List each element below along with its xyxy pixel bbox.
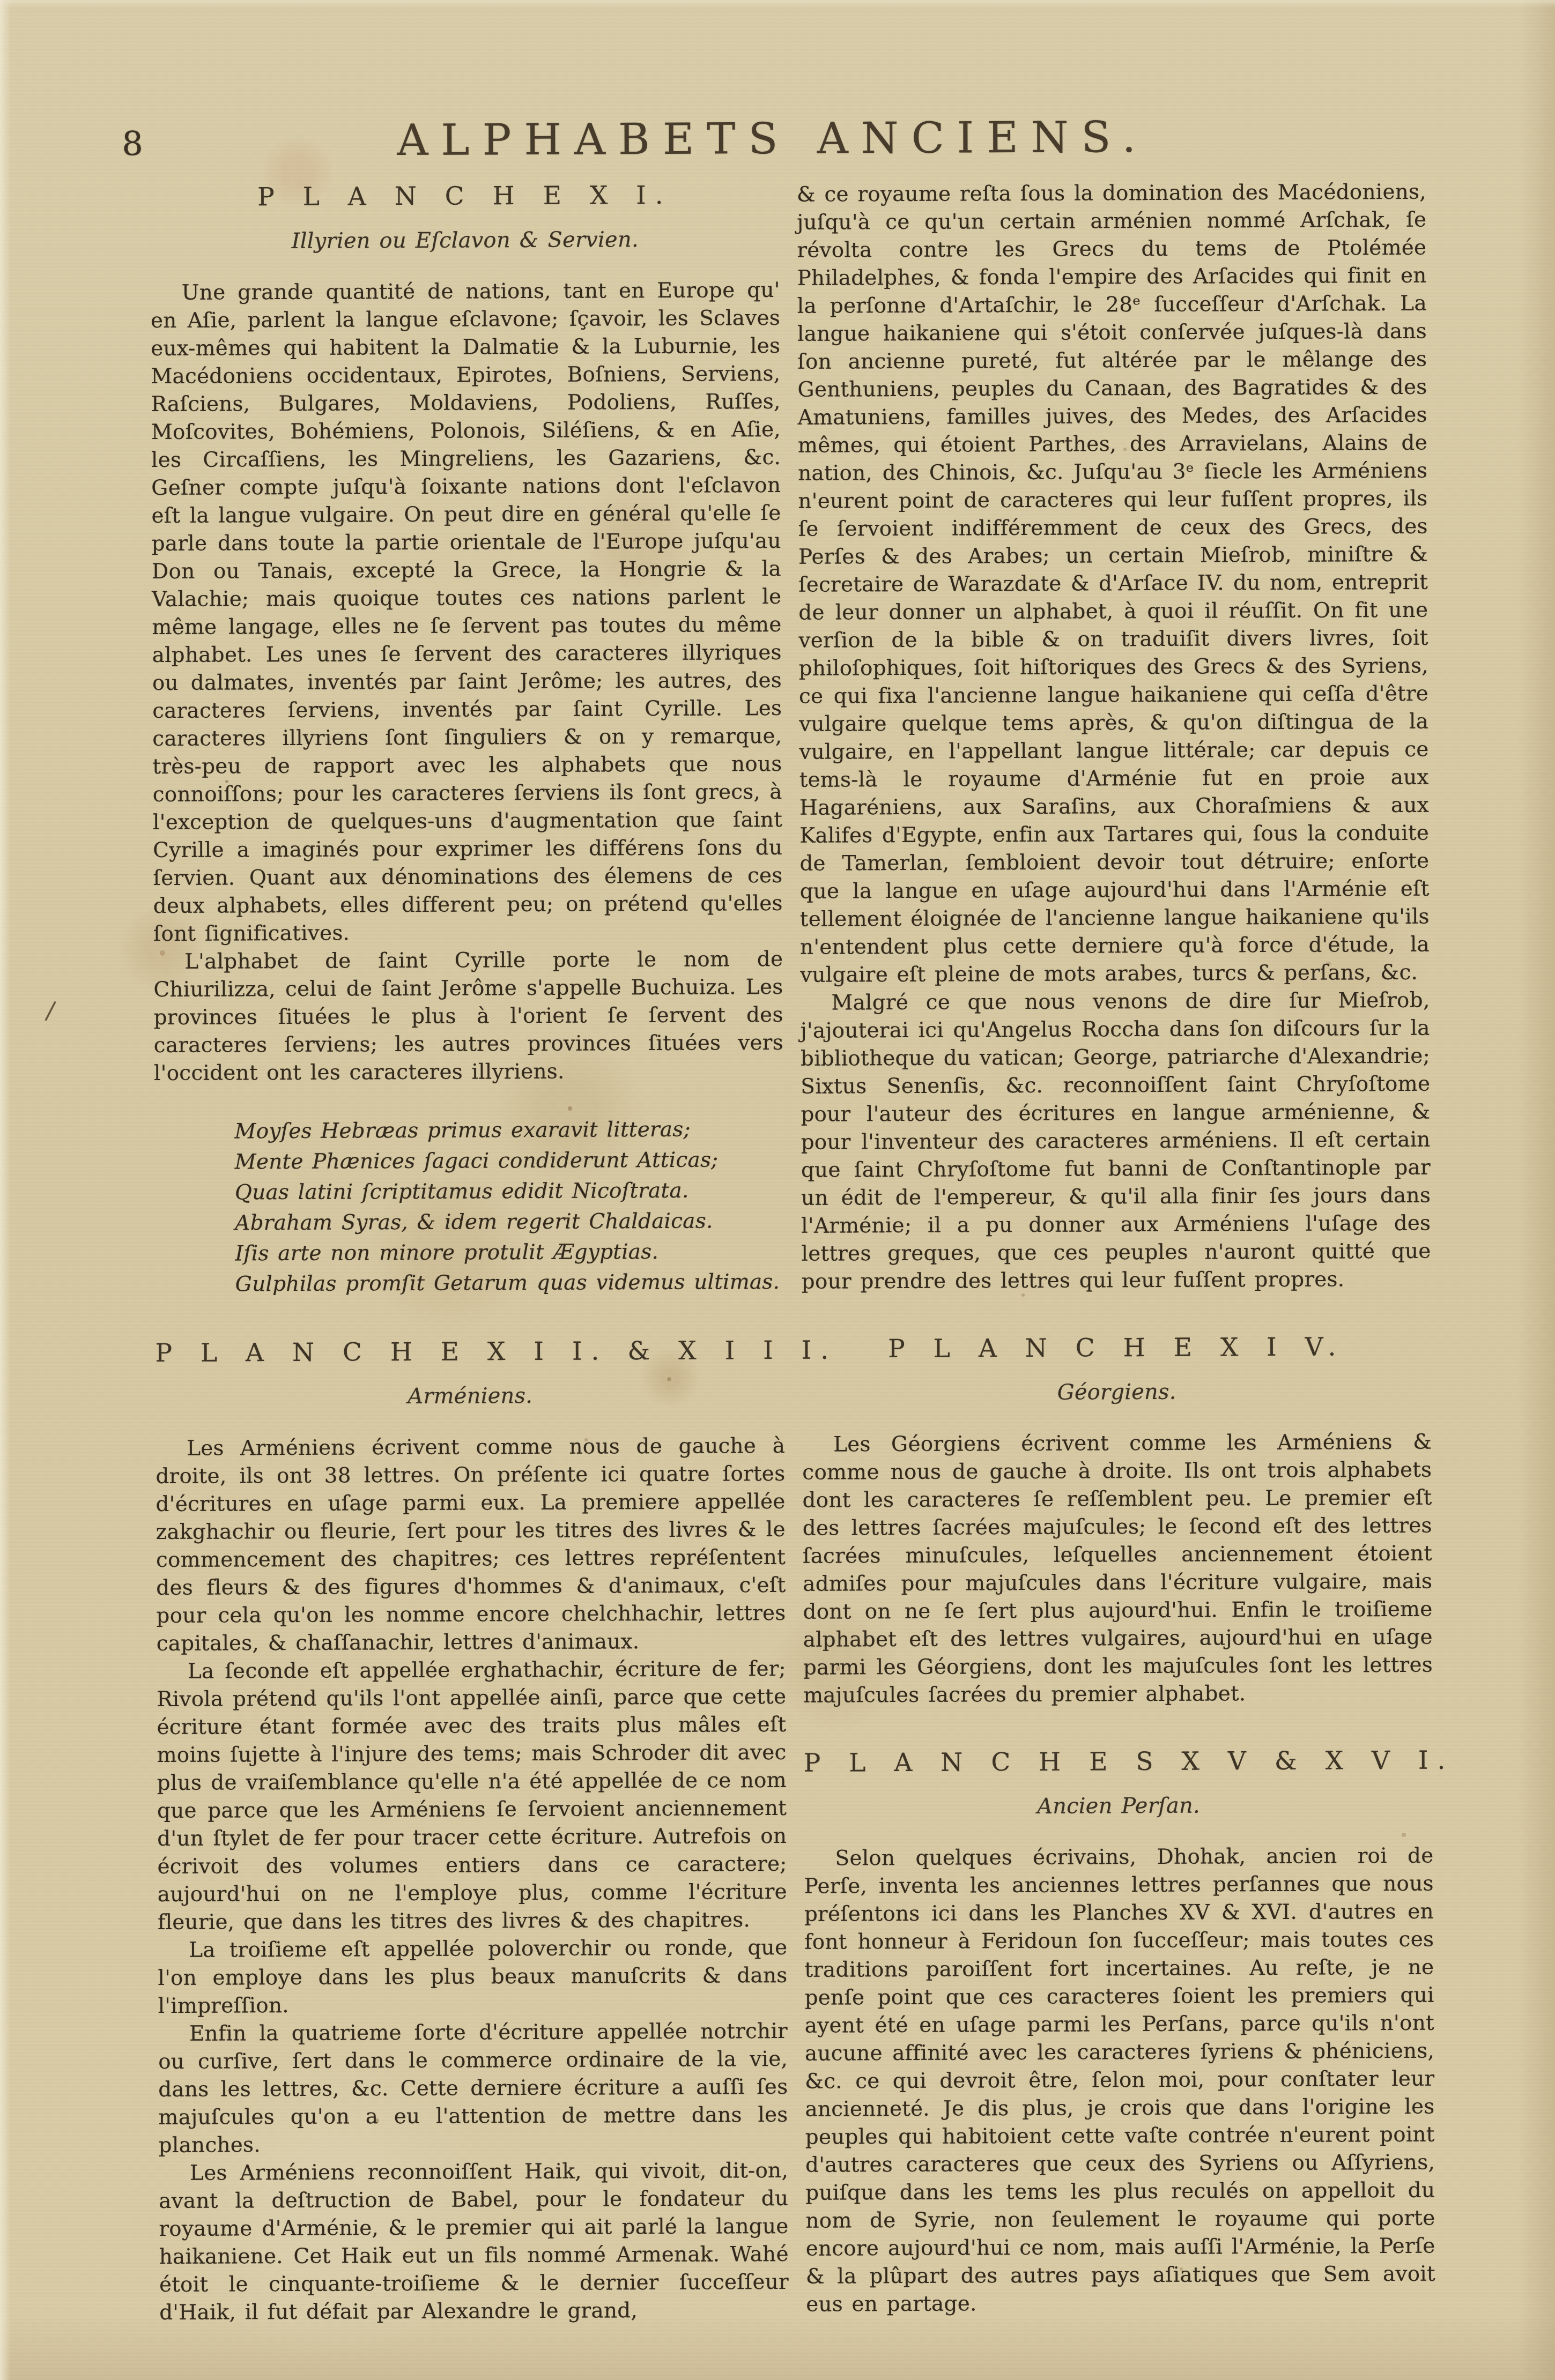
page-title: ALPHABETS ANCIENS. xyxy=(0,110,1551,167)
section-heading-planche-xii-xiii: P L A N C H E X I I. & X I I I. xyxy=(155,1337,784,1367)
page-content: 8 ALPHABETS ANCIENS. P L A N C H E X I. … xyxy=(0,0,1555,2380)
verse-line: Mente Phænices ſagaci condiderunt Attica… xyxy=(235,1144,784,1177)
paragraph: Une grande quantité de nations, tant en … xyxy=(151,277,783,948)
section-subheading-armeniens: Arméniens. xyxy=(155,1381,785,1411)
section-heading-planches-xv-xvi: P L A N C H E S X V & X V I. xyxy=(804,1747,1433,1777)
left-column: P L A N C H E X I. Illyrien ou Eſclavon … xyxy=(150,181,789,2327)
section-subheading-ancien-persan: Ancien Perſan. xyxy=(804,1791,1433,1821)
latin-verse: Moyſes Hebræas primus exaravit litteras;… xyxy=(234,1114,784,1299)
verse-line: Moyſes Hebræas primus exaravit litteras; xyxy=(234,1114,783,1147)
paragraph: La ſeconde eſt appellée erghathachir, éc… xyxy=(157,1655,787,1937)
paragraph: L'alphabet de ſaint Cyrille porte le nom… xyxy=(153,946,783,1088)
verse-line: Quas latini ſcriptitamus edidit Nicoſtra… xyxy=(235,1175,784,1208)
paragraph: Les Géorgiens écrivent comme les Arménie… xyxy=(802,1429,1433,1710)
section-subheading-georgiens: Géorgiens. xyxy=(802,1377,1432,1408)
section-subheading-illyrien: Illyrien ou Eſclavon & Servien. xyxy=(150,225,780,256)
paragraph: La troiſieme eſt appellée poloverchir ou… xyxy=(158,1934,788,2020)
paragraph: & ce royaume reſta ſous la domination de… xyxy=(797,178,1430,990)
scanned-page: 8 ALPHABETS ANCIENS. P L A N C H E X I. … xyxy=(0,0,1555,2380)
paragraph: Les Arméniens écrivent comme nous de gau… xyxy=(155,1432,786,1658)
verse-line: Gulphilas promſit Getarum quas videmus u… xyxy=(235,1267,784,1299)
verse-line: Abraham Syras, & idem regerit Chaldaicas… xyxy=(235,1206,784,1238)
paragraph: Malgré ce que nous venons de dire ſur Mi… xyxy=(800,987,1431,1296)
paragraph: Enfin la quatrieme ſorte d'écriture appe… xyxy=(158,2018,788,2160)
section-heading-planche-xiv: P L A N C H E X I V. xyxy=(802,1333,1431,1364)
paragraph: Selon quelques écrivains, Dhohak, ancien… xyxy=(804,1842,1435,2319)
paragraph: Les Arméniens reconnoiſſent Haik, qui vi… xyxy=(159,2157,789,2327)
verse-line: Iſis arte non minore protulit Ægyptias. xyxy=(235,1236,784,1269)
right-column: & ce royaume reſta ſous la domination de… xyxy=(797,178,1435,2319)
margin-slash-mark: / xyxy=(44,995,57,1025)
section-heading-planche-xi: P L A N C H E X I. xyxy=(150,181,780,212)
